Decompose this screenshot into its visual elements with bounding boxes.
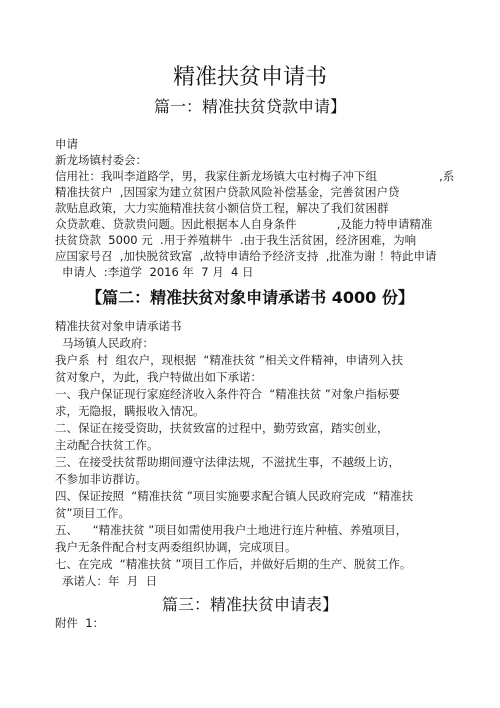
section2-signature: 承诺人：年 月 日 [62, 573, 157, 589]
section1-line: 扶贫贷款 5000 元 .用于养殖耕牛 .由于我生活贫困，经济困难，为响 [55, 232, 416, 248]
section2-line: 二、保证在接受资助，扶贫致富的过程中，勤劳致富，踏实创业， [55, 420, 389, 436]
section2-addressee: 马场镇人民政府： [62, 335, 154, 351]
section1-line: 申请 [55, 136, 78, 152]
section2-line: 主动配合扶贫工作。 [55, 437, 159, 453]
section2-line: 五、 “精准扶贫 ”项目如需使用我户土地进行连片种植、养殖项目， [55, 522, 407, 538]
section2-line: 三、在接受扶贫帮助期间遵守法律法规，不滋扰生事，不越级上访， [55, 454, 400, 470]
section3-heading: 篇三：精准扶贫申请表】 [0, 594, 500, 616]
section1-line: 款贴息政策，大力实施精准扶贫小额信贷工程，解决了我们贫困群 [55, 200, 389, 216]
section1-line: 新龙场镇村委会： [55, 152, 147, 168]
section2-line: 贫”项目工作。 [55, 505, 130, 521]
section1-line: 精准扶贫户 ,因国家为建立贫困户贷款风险补偿基金，完善贫困户贷 [55, 184, 399, 200]
section1-signature: 申请人 :李道学 2016 年 7 月 4 日 [62, 264, 253, 280]
section2-line: 四、保证按照 “精准扶贫 ”项目实施要求配合镇人民政府完成 “精准扶 [55, 488, 413, 504]
section2-heading: 【篇二：精准扶贫对象申请承诺书 4000 份】 [0, 287, 500, 309]
section1-line: 众贷款难、贷款贵问题。因此根据本人自身条件 ,及能力特申请精准 [55, 216, 432, 232]
document-page: 精准扶贫申请书 篇一：精准扶贫贷款申请】 申请 新龙场镇村委会： 信用社：我叫李… [0, 0, 500, 708]
section2-subtitle: 精准扶贫对象申请承诺书 [55, 318, 182, 334]
section2-line: 求，无隐报，瞒报收入情况。 [55, 403, 205, 419]
section2-line: 七、在完成 “精准扶贫 ”项目工作后，并做好后期的生产、脱贫工作。 [55, 556, 411, 572]
section2-line: 不参加非访群访。 [55, 471, 147, 487]
section1-line: 信用社：我叫李道路学，男，我家住新龙场镇大屯村梅子冲下组 ,系 [55, 168, 454, 184]
section3-attachment: 附件 1： [55, 615, 104, 631]
document-title: 精准扶贫申请书 [0, 64, 500, 92]
section2-line: 一、我户保证现行家庭经济收入条件符合 “精准扶贫 ”对象户指标要 [55, 386, 400, 402]
section1-line: 应国家号召 ,加快脱贫致富 ,故特申请给予经济支持 ,批准为谢 ！特此申请 [55, 248, 437, 264]
section2-line: 贫对象户，为此，我户特做出如下承诺： [55, 369, 262, 385]
section2-line: 我户系 村 组农户，现根据 “精准扶贫 ”相关文件精神，申请列入扶 [55, 352, 403, 368]
section1-heading: 篇一：精准扶贫贷款申请】 [0, 96, 500, 118]
section2-line: 我户无条件配合村支两委组织协调，完成项目。 [55, 539, 297, 555]
